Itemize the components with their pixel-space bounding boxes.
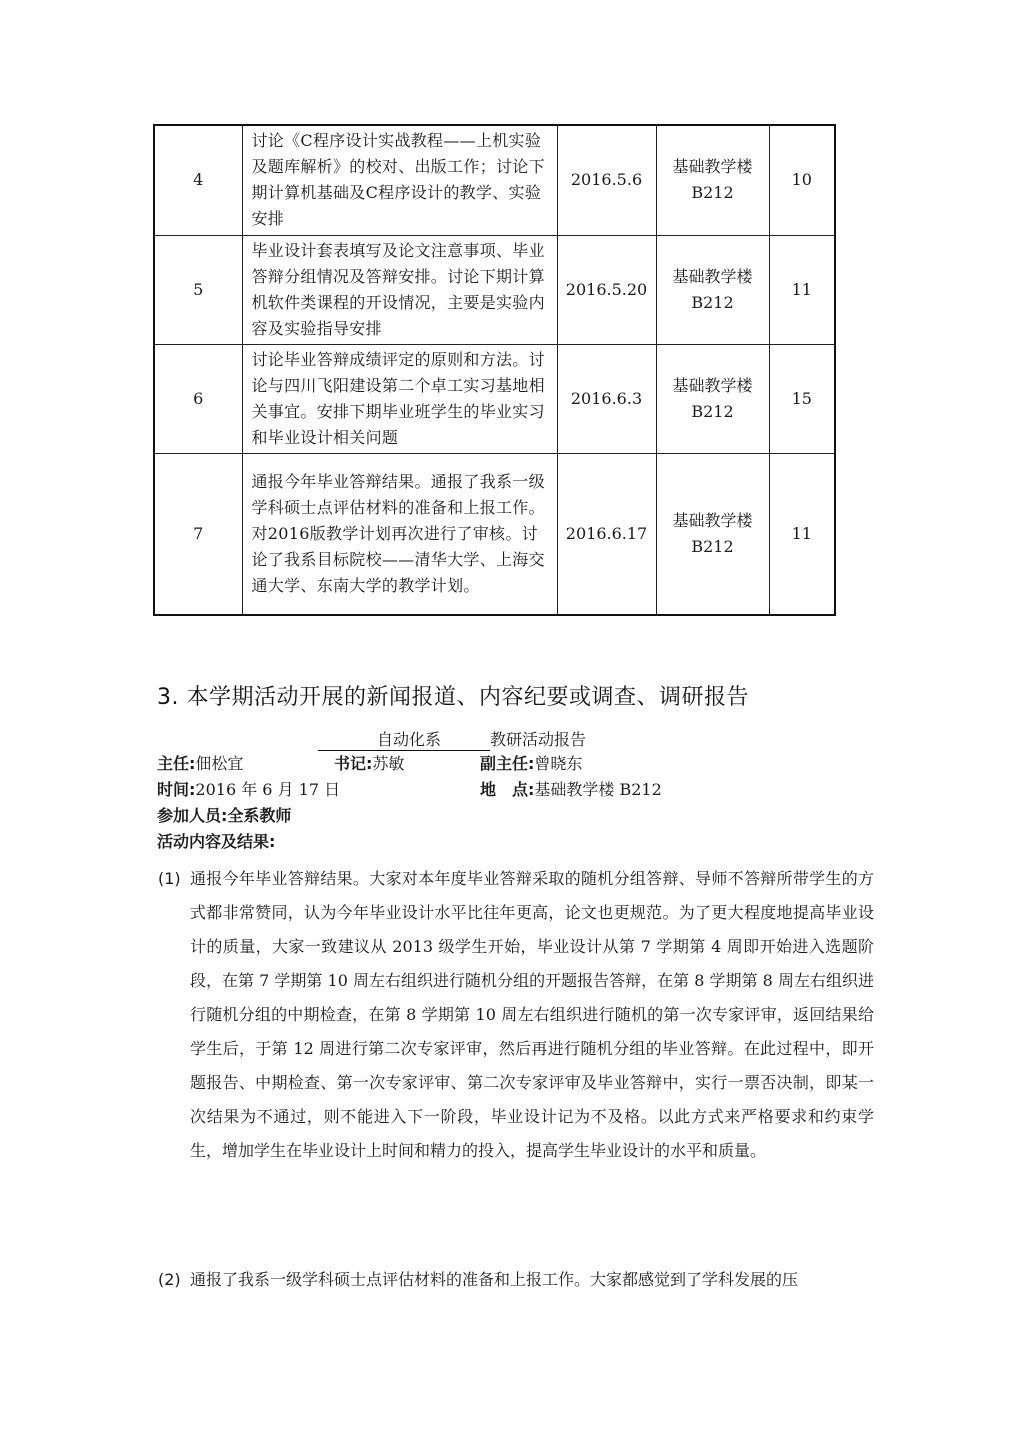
table-row: 6 讨论毕业答辩成绩评定的原则和方法。讨论与四川飞阳建设第二个卓工实习基地相关事… <box>154 344 835 453</box>
item-number: (1) <box>158 862 181 896</box>
place-building: 基础教学楼 <box>657 154 769 180</box>
report-item: (1) 通报今年毕业答辩结果。大家对本年度毕业答辩采取的随机分组答辩、导师不答辩… <box>158 862 874 1168</box>
row-content: 毕业设计套表填写及论文注意事项、毕业答辩分组情况及答辩安排。讨论下期计算机软件类… <box>242 235 557 344</box>
meeting-table: 4 讨论《C程序设计实战教程——上机实验及题库解析》的校对、出版工作；讨论下期计… <box>153 124 836 616</box>
row-content: 讨论《C程序设计实战教程——上机实验及题库解析》的校对、出版工作；讨论下期计算机… <box>242 125 557 235</box>
row-number: 4 <box>154 125 242 235</box>
secretary-field: 书记:苏敏 <box>334 751 404 777</box>
content-label: 活动内容及结果: <box>157 832 275 851</box>
secretary-label: 书记: <box>334 754 372 773</box>
report-item: (2) 通报了我系一级学科硕士点评估材料的准备和上报工作。大家都感觉到了学科发展… <box>158 1263 874 1297</box>
row-date: 2016.5.6 <box>557 125 656 235</box>
row-content: 通报今年毕业答辩结果。通报了我系一级学科硕士点评估材料的准备和上报工作。对201… <box>242 453 557 615</box>
item-text: 通报今年毕业答辩结果。大家对本年度毕业答辩采取的随机分组答辩、导师不答辩所带学生… <box>190 862 874 1168</box>
document-page: 4 讨论《C程序设计实战教程——上机实验及题库解析》的校对、出版工作；讨论下期计… <box>0 0 1024 1448</box>
location-field: 地 点:基础教学楼 B212 <box>480 777 662 803</box>
row-count: 11 <box>769 453 835 615</box>
item-number: (2) <box>158 1263 181 1297</box>
time-label: 时间: <box>157 780 195 799</box>
place-room: B212 <box>657 399 769 425</box>
row-date: 2016.5.20 <box>557 235 656 344</box>
place-building: 基础教学楼 <box>657 373 769 399</box>
place-room: B212 <box>657 534 769 560</box>
department-name: 自动化系 <box>318 730 490 751</box>
table-row: 5 毕业设计套表填写及论文注意事项、毕业答辩分组情况及答辩安排。讨论下期计算机软… <box>154 235 835 344</box>
place-building: 基础教学楼 <box>657 508 769 534</box>
row-place: 基础教学楼B212 <box>656 235 769 344</box>
table-row: 7 通报今年毕业答辩结果。通报了我系一级学科硕士点评估材料的准备和上报工作。对2… <box>154 453 835 615</box>
director-label: 主任: <box>157 754 195 773</box>
place-building: 基础教学楼 <box>657 264 769 290</box>
row-count: 10 <box>769 125 835 235</box>
row-number: 5 <box>154 235 242 344</box>
participants-value: 全系教师 <box>227 806 291 825</box>
row-count: 15 <box>769 344 835 453</box>
row-date: 2016.6.17 <box>557 453 656 615</box>
deputy-label: 副主任: <box>480 754 534 773</box>
deputy-value: 曾晓东 <box>534 754 582 773</box>
section-heading: 3. 本学期活动开展的新闻报道、内容纪要或调查、调研报告 <box>157 680 749 711</box>
row-date: 2016.6.3 <box>557 344 656 453</box>
location-value: 基础教学楼 B212 <box>534 780 661 799</box>
row-place: 基础教学楼B212 <box>656 125 769 235</box>
item-text: 通报了我系一级学科硕士点评估材料的准备和上报工作。大家都感觉到了学科发展的压 <box>190 1263 874 1297</box>
report-title: 自动化系教研活动报告 <box>318 727 586 751</box>
row-place: 基础教学楼B212 <box>656 344 769 453</box>
director-value: 佃松宜 <box>195 754 243 773</box>
row-count: 11 <box>769 235 835 344</box>
participants-label: 参加人员: <box>157 806 227 825</box>
row-place: 基础教学楼B212 <box>656 453 769 615</box>
secretary-value: 苏敏 <box>372 754 404 773</box>
deputy-field: 副主任:曾晓东 <box>480 751 582 777</box>
location-label: 地 点: <box>480 780 534 799</box>
place-room: B212 <box>657 290 769 316</box>
place-room: B212 <box>657 180 769 206</box>
participants-field: 参加人员:全系教师 <box>157 803 291 829</box>
row-number: 6 <box>154 344 242 453</box>
report-title-suffix: 教研活动报告 <box>490 730 586 749</box>
time-value: 2016 年 6 月 17 日 <box>195 780 340 799</box>
row-number: 7 <box>154 453 242 615</box>
content-heading: 活动内容及结果: <box>157 829 275 855</box>
time-field: 时间:2016 年 6 月 17 日 <box>157 777 340 803</box>
director-field: 主任:佃松宜 <box>157 751 243 777</box>
table-row: 4 讨论《C程序设计实战教程——上机实验及题库解析》的校对、出版工作；讨论下期计… <box>154 125 835 235</box>
row-content: 讨论毕业答辩成绩评定的原则和方法。讨论与四川飞阳建设第二个卓工实习基地相关事宜。… <box>242 344 557 453</box>
